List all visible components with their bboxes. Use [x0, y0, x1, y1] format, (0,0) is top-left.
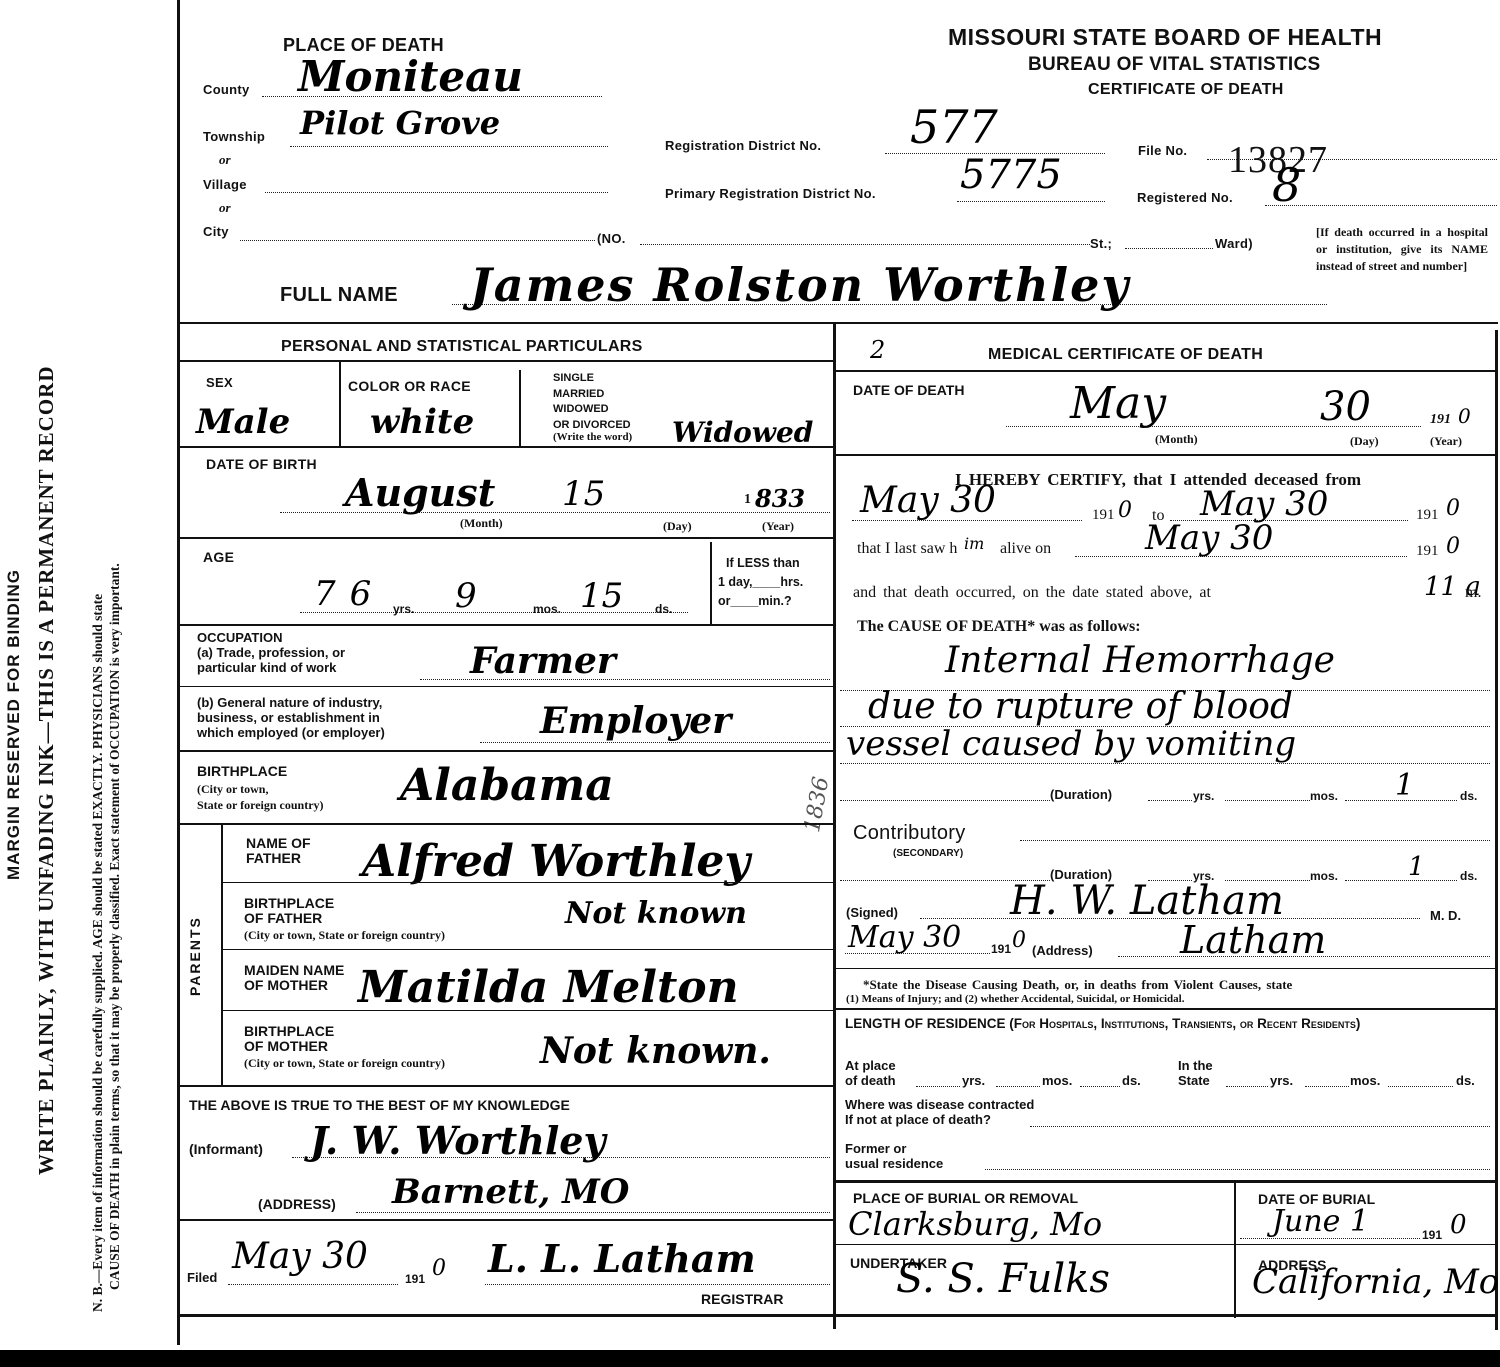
occupation-b-line [480, 742, 830, 743]
margin-mark: 2 [870, 336, 885, 364]
binding-margin-note: MARGIN RESERVED FOR BINDING [4, 569, 24, 880]
dod-month-caption: (Month) [1155, 432, 1198, 447]
birthplace-field[interactable]: Alabama [400, 760, 614, 811]
mother-birthplace-sub: (City or town, State or foreign country) [244, 1056, 445, 1071]
physician-address-label: (Address) [1032, 943, 1093, 958]
disease-contracted-label: Where was disease contracted If not at p… [845, 1097, 1034, 1127]
nb-instruction-line-2: CAUSE OF DEATH in plain terms, so that i… [107, 563, 123, 1290]
at-place-yrs: yrs. [962, 1073, 985, 1088]
county-field[interactable]: Moniteau [298, 52, 523, 101]
village-field[interactable] [265, 192, 608, 193]
at-place-days-field[interactable] [1080, 1086, 1120, 1087]
contracted-line-1: Where was disease contracted [845, 1097, 1034, 1112]
option-widowed: WIDOWED [553, 402, 631, 418]
father-bp-line-1: BIRTHPLACE [244, 896, 334, 911]
divider [180, 1219, 833, 1221]
mother-label-line-1: MAIDEN NAME [244, 963, 344, 978]
death-occurred-text: and that death occurred, on the date sta… [853, 584, 1211, 602]
dod-year-caption: (Year) [1430, 434, 1462, 449]
cause-of-death-line-1[interactable]: Internal Hemorrhage [945, 640, 1335, 681]
signed-year-field[interactable]: 0 [1012, 928, 1026, 953]
filed-line [228, 1284, 398, 1285]
md-label: M. D. [1430, 908, 1461, 923]
father-birthplace-field[interactable]: Not known [565, 896, 747, 931]
primary-registration-label: Primary Registration District No. [665, 186, 876, 201]
duration-days-field[interactable]: 1 [1395, 768, 1414, 803]
contrib-ds-label: ds. [1460, 869, 1477, 884]
burial-year-prefix: 191 [1422, 1228, 1442, 1243]
registrar-signature[interactable]: L. L. Latham [488, 1236, 756, 1281]
margin-annotation: 1836 [800, 775, 834, 834]
alive-on-label: alive on [1000, 540, 1051, 558]
contrib-mos-label: mos. [1310, 869, 1338, 884]
age-days-field[interactable]: 15 [580, 576, 623, 616]
birthplace-label: BIRTHPLACE [197, 764, 287, 779]
column-divider [833, 324, 836, 1329]
in-state-label: In the State [1178, 1058, 1213, 1088]
primary-registration-field[interactable]: 5775 [960, 152, 1062, 198]
attended-from-field[interactable]: May 30 [860, 480, 996, 521]
from-year-field[interactable]: 0 [1118, 498, 1132, 523]
dod-month-field[interactable]: May [1070, 378, 1166, 429]
in-state-months-field[interactable] [1305, 1086, 1349, 1087]
father-name-field[interactable]: Alfred Worthley [362, 836, 750, 887]
contrib-days-line [1345, 880, 1457, 881]
last-saw-year-field[interactable]: 0 [1446, 534, 1460, 559]
at-place-years-field[interactable] [916, 1086, 960, 1087]
undertaker-address-field[interactable]: California, Mo [1252, 1262, 1499, 1302]
registered-number-label: Registered No. [1137, 190, 1233, 205]
father-birthplace-sub: (City or town, State or foreign country) [244, 928, 445, 943]
cause-of-death-line-2[interactable]: due to rupture of blood [868, 686, 1293, 727]
city-label: City [203, 224, 229, 239]
divider [836, 1244, 1495, 1245]
in-state-yrs: yrs. [1270, 1073, 1293, 1088]
filed-year-field[interactable]: 0 [432, 1256, 446, 1281]
no-label: (NO. [597, 231, 626, 246]
primary-registration-line [957, 201, 1105, 202]
divider [180, 1085, 833, 1087]
father-bp-line-2: OF FATHER [244, 911, 334, 926]
mother-bp-line-1: BIRTHPLACE [244, 1024, 334, 1039]
burial-place-field[interactable]: Clarksburg, Mo [848, 1205, 1102, 1243]
duration-mos-label: mos. [1310, 789, 1338, 804]
registration-district-label: Registration District No. [665, 138, 821, 153]
form-right-border [1495, 330, 1498, 1330]
informant-address-label: (ADDRESS) [258, 1197, 336, 1212]
dod-day-field[interactable]: 30 [1320, 384, 1371, 430]
last-saw-date-field[interactable]: May 30 [1145, 518, 1273, 558]
color-race-label: COLOR OR RACE [348, 378, 471, 394]
nb-instruction-line-1: N. B.—Every item of information should b… [90, 594, 106, 1312]
month-caption: (Month) [460, 516, 503, 531]
less-than-line-3: or____min.? [718, 592, 803, 611]
former-residence-label: Former or usual residence [845, 1141, 943, 1171]
signed-date-field[interactable]: May 30 [848, 920, 961, 955]
registered-number-field[interactable]: 8 [1272, 158, 1301, 212]
sex-label: SEX [206, 375, 233, 390]
registration-district-field[interactable]: 577 [910, 100, 998, 154]
divider [836, 968, 1495, 969]
occupation-b-label: (b) General nature of industry, business… [197, 695, 385, 740]
father-name-label: NAME OF FATHER [246, 836, 311, 866]
form-bottom-border [180, 1314, 1498, 1317]
race-field[interactable]: white [370, 402, 474, 442]
burial-date-field[interactable]: June 1 [1272, 1204, 1369, 1239]
sex-field[interactable]: Male [196, 402, 290, 442]
dob-day-field[interactable]: 15 [562, 474, 605, 514]
mother-label-line-2: OF MOTHER [244, 978, 344, 993]
registrar-line [485, 1284, 830, 1285]
marital-hint: (Write the word) [553, 431, 632, 443]
street-number-field[interactable] [640, 244, 1090, 245]
signed-label: (Signed) [846, 905, 898, 920]
registrar-label: REGISTRAR [701, 1292, 783, 1307]
former-line-2: usual residence [845, 1156, 943, 1171]
informant-address-field[interactable]: Barnett, MO [392, 1172, 629, 1212]
divider [836, 1008, 1495, 1010]
bureau-title: BUREAU OF VITAL STATISTICS [1028, 54, 1320, 76]
mother-name-field[interactable]: Matilda Melton [358, 962, 739, 1013]
marital-options: SINGLE MARRIED WIDOWED OR DIVORCED [553, 371, 631, 433]
year-caption: (Year) [762, 519, 794, 534]
informant-address-line [356, 1212, 830, 1213]
divider [180, 823, 833, 825]
father-label-line-2: FATHER [246, 851, 311, 866]
mother-birthplace-label: BIRTHPLACE OF MOTHER [244, 1024, 334, 1054]
last-saw-label: that I last saw h [857, 540, 957, 558]
or-label: or [219, 200, 231, 216]
occupation-a-label: (a) Trade, profession, or particular kin… [197, 645, 345, 675]
hospital-note: [If death occurred in a hospital or inst… [1316, 224, 1488, 275]
in-state-mos: mos. [1350, 1073, 1380, 1088]
secondary-label: (SECONDARY) [893, 846, 963, 861]
mother-bp-line-2: OF MOTHER [244, 1039, 334, 1054]
dob-month-field[interactable]: August [345, 470, 495, 515]
filed-year-prefix: 191 [405, 1272, 425, 1287]
divider [180, 360, 833, 362]
footnote-line-2: (1) Means of Injury; and (2) whether Acc… [846, 993, 1184, 1005]
ds-label: ds. [655, 602, 672, 617]
ward-label: Ward) [1215, 236, 1253, 251]
dod-year-field[interactable]: 0 [1458, 404, 1471, 428]
divider [180, 322, 1498, 324]
cause-of-death-label: The CAUSE OF DEATH* was as follows: [857, 618, 1141, 636]
contributory-field[interactable] [1020, 840, 1490, 841]
in-state-ds: ds. [1456, 1073, 1475, 1088]
informant-field[interactable]: J. W. Worthley [310, 1118, 606, 1163]
age-label: AGE [203, 549, 234, 565]
duration-line [840, 800, 1050, 801]
divider [221, 825, 223, 1085]
age-months-field[interactable]: 9 [455, 576, 477, 616]
marital-status-field[interactable]: Widowed [672, 416, 813, 449]
yrs-label: yrs. [393, 602, 414, 617]
duration-years-field[interactable] [1148, 800, 1192, 801]
form-left-border [177, 0, 180, 1345]
divider [222, 1010, 833, 1011]
occupation-trade-field[interactable]: Farmer [470, 640, 616, 682]
divider [1234, 1183, 1236, 1318]
file-number-label: File No. [1138, 143, 1187, 158]
township-field[interactable]: Pilot Grove [300, 104, 500, 142]
occupation-industry-field[interactable]: Employer [540, 700, 731, 742]
burial-year-field[interactable]: 0 [1450, 1210, 1467, 1240]
divider [180, 624, 833, 626]
divider [180, 537, 833, 539]
divider [180, 446, 833, 448]
date-of-birth-label: DATE OF BIRTH [206, 456, 317, 472]
less-than-day-note: If LESS than 1 day,____hrs. or____min.? [718, 554, 803, 611]
occ-b-line-3: which employed (or employer) [197, 725, 385, 740]
father-birthplace-label: BIRTHPLACE OF FATHER [244, 896, 334, 926]
cause-of-death-line-3[interactable]: vessel caused by vomiting [846, 724, 1296, 764]
date-of-death-label: DATE OF DEATH [853, 383, 964, 398]
duration-months-field[interactable] [1225, 800, 1310, 801]
former-line-1: Former or [845, 1141, 943, 1156]
dob-year-prefix: 1 [744, 492, 751, 508]
last-saw-year-prefix: 191 [1416, 543, 1439, 560]
township-line [290, 146, 608, 147]
divider [180, 686, 833, 687]
certificate-title: CERTIFICATE OF DEATH [1088, 81, 1284, 99]
at-place-label: At place of death [845, 1058, 896, 1088]
contrib-days-field[interactable]: 1 [1408, 852, 1425, 882]
dod-year-prefix: 191 [1430, 412, 1451, 428]
in-state-years-field[interactable] [1226, 1086, 1268, 1087]
parents-side-label: PARENTS [187, 916, 203, 996]
to-year-field[interactable]: 0 [1446, 496, 1460, 521]
or-label: or [219, 152, 231, 168]
m-label: m. [1465, 584, 1481, 602]
county-label: County [203, 82, 250, 97]
father-label-line-1: NAME OF [246, 836, 311, 851]
day-caption: (Day) [663, 519, 692, 534]
in-state-days-field[interactable] [1388, 1086, 1453, 1087]
birthplace-sub-2: State or foreign country) [197, 798, 324, 813]
dod-day-caption: (Day) [1350, 434, 1379, 449]
township-label: Township [203, 129, 265, 144]
scan-bottom-edge [0, 1350, 1500, 1367]
medical-certificate-title: MEDICAL CERTIFICATE OF DEATH [988, 346, 1263, 364]
at-place-line-2: of death [845, 1073, 896, 1088]
option-single: SINGLE [553, 371, 631, 387]
less-than-line-1: If LESS than [718, 554, 803, 573]
divider [180, 750, 833, 752]
signed-year-prefix: 191 [991, 942, 1011, 957]
occ-a-line-2: particular kind of work [197, 660, 345, 675]
permanent-record-note: WRITE PLAINLY, WITH UNFADING INK—THIS IS… [34, 365, 59, 1175]
full-name-label: FULL NAME [280, 284, 398, 307]
at-place-ds: ds. [1122, 1073, 1141, 1088]
duration-label: (Duration) [1050, 787, 1112, 802]
village-label: Village [203, 177, 247, 192]
filed-date-field[interactable]: May 30 [232, 1236, 368, 1277]
board-title: MISSOURI STATE BOARD OF HEALTH [948, 24, 1382, 51]
burial-place-label: PLACE OF BURIAL OR REMOVAL [853, 1191, 1078, 1206]
mos-label: mos. [533, 602, 561, 617]
age-years-field[interactable]: 76 [314, 574, 385, 614]
occ-b-line-1: (b) General nature of industry, [197, 695, 385, 710]
occupation-label: OCCUPATION [197, 630, 282, 645]
to-year-prefix: 191 [1416, 507, 1439, 524]
divider [836, 454, 1495, 456]
from-year-prefix: 191 [1092, 507, 1115, 524]
duration-yrs-label: yrs. [1193, 789, 1214, 804]
duration-ds-label: ds. [1460, 789, 1477, 804]
occ-a-line-1: (a) Trade, profession, or [197, 645, 345, 660]
in-state-line-1: In the [1178, 1058, 1213, 1073]
divider [836, 1180, 1495, 1183]
personal-particulars-title: PERSONAL AND STATISTICAL PARTICULARS [281, 338, 643, 356]
less-than-line-2: 1 day,____hrs. [718, 573, 803, 592]
mother-name-label: MAIDEN NAME OF MOTHER [244, 963, 344, 993]
residence-title: LENGTH OF RESIDENCE (For Hospitals, Inst… [845, 1016, 1485, 1032]
st-label: St.; [1090, 236, 1112, 251]
former-residence-field[interactable] [985, 1169, 1490, 1170]
at-place-months-field[interactable] [996, 1086, 1040, 1087]
at-place-mos: mos. [1042, 1073, 1072, 1088]
full-name-field[interactable]: James Rolston Worthley [470, 258, 1130, 312]
birthplace-sub-1: (City or town, [197, 782, 268, 797]
divider [836, 370, 1495, 372]
dob-year-field[interactable]: 833 [755, 484, 805, 513]
filed-label: Filed [187, 1270, 217, 1285]
disease-contracted-field[interactable] [1030, 1126, 1490, 1127]
divider [222, 882, 833, 883]
informant-label: (Informant) [189, 1142, 263, 1157]
at-place-line-1: At place [845, 1058, 896, 1073]
occ-b-line-2: business, or establishment in [197, 710, 385, 725]
ward-field[interactable] [1125, 248, 1213, 249]
divider [339, 362, 341, 446]
contracted-line-2: If not at place of death? [845, 1112, 1034, 1127]
informant-statement: THE ABOVE IS TRUE TO THE BEST OF MY KNOW… [189, 1098, 570, 1113]
contributory-label: Contributory [853, 822, 966, 845]
divider [519, 370, 521, 446]
undertaker-field[interactable]: S. S. Fulks [896, 1256, 1110, 1302]
option-married: MARRIED [553, 387, 631, 403]
footnote-line-1: *State the Disease Causing Death, or, in… [863, 977, 1292, 993]
mother-birthplace-field[interactable]: Not known. [540, 1030, 771, 1072]
divider [710, 542, 712, 626]
physician-address-field[interactable]: Latham [1180, 918, 1326, 962]
in-state-line-2: State [1178, 1073, 1213, 1088]
last-saw-pronoun-field[interactable]: im [964, 534, 984, 553]
divider [222, 949, 833, 950]
city-field[interactable] [240, 240, 595, 241]
